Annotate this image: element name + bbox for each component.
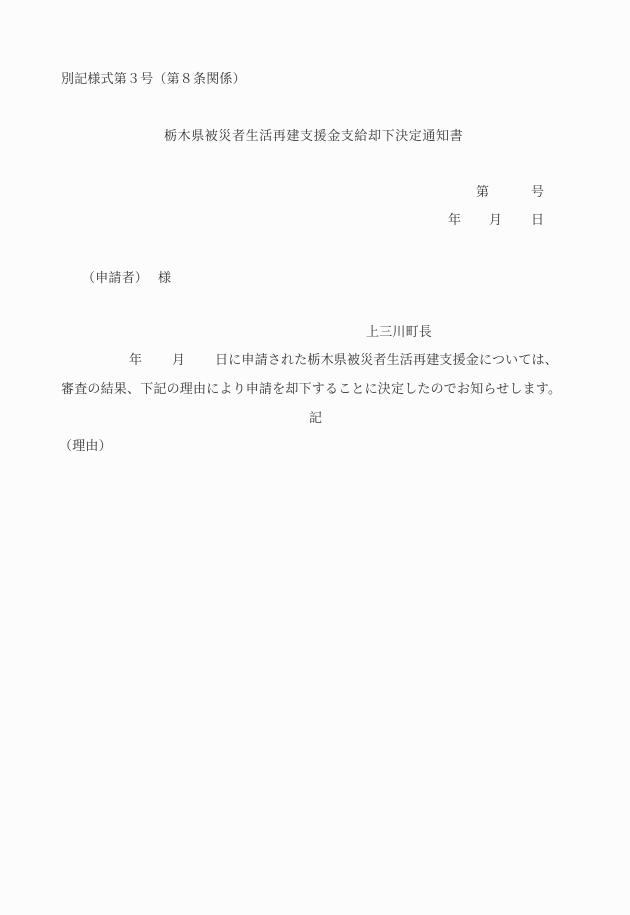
body-text-line-1: 日に申請された栃木県被災者生活再建支援金については、	[215, 353, 558, 369]
body-month-label: 月	[172, 353, 185, 369]
applicant-label: （申請者）	[82, 271, 148, 287]
document-number-prefix: 第	[476, 185, 489, 201]
date-year-label: 年	[448, 213, 461, 229]
form-label: 別記様式第３号（第８条関係）	[61, 72, 246, 88]
document-title: 栃木県被災者生活再建支援金支給却下決定通知書	[164, 129, 463, 145]
applicant-honorific: 様	[158, 271, 171, 287]
body-text-line-2: 審査の結果、下記の理由により申請を却下することに決定したのでお知らせします。	[61, 382, 561, 398]
ki-notation-mark: 記	[309, 411, 322, 427]
body-year-label: 年	[129, 353, 142, 369]
issuer-name: 上三川町長	[366, 325, 432, 341]
document-number-suffix: 号	[531, 185, 544, 201]
document-page: 別記様式第３号（第８条関係） 栃木県被災者生活再建支援金支給却下決定通知書 第 …	[0, 0, 630, 915]
date-day-label: 日	[531, 213, 544, 229]
reason-body	[61, 462, 581, 882]
reason-label: （理由）	[59, 439, 112, 455]
date-month-label: 月	[489, 213, 502, 229]
